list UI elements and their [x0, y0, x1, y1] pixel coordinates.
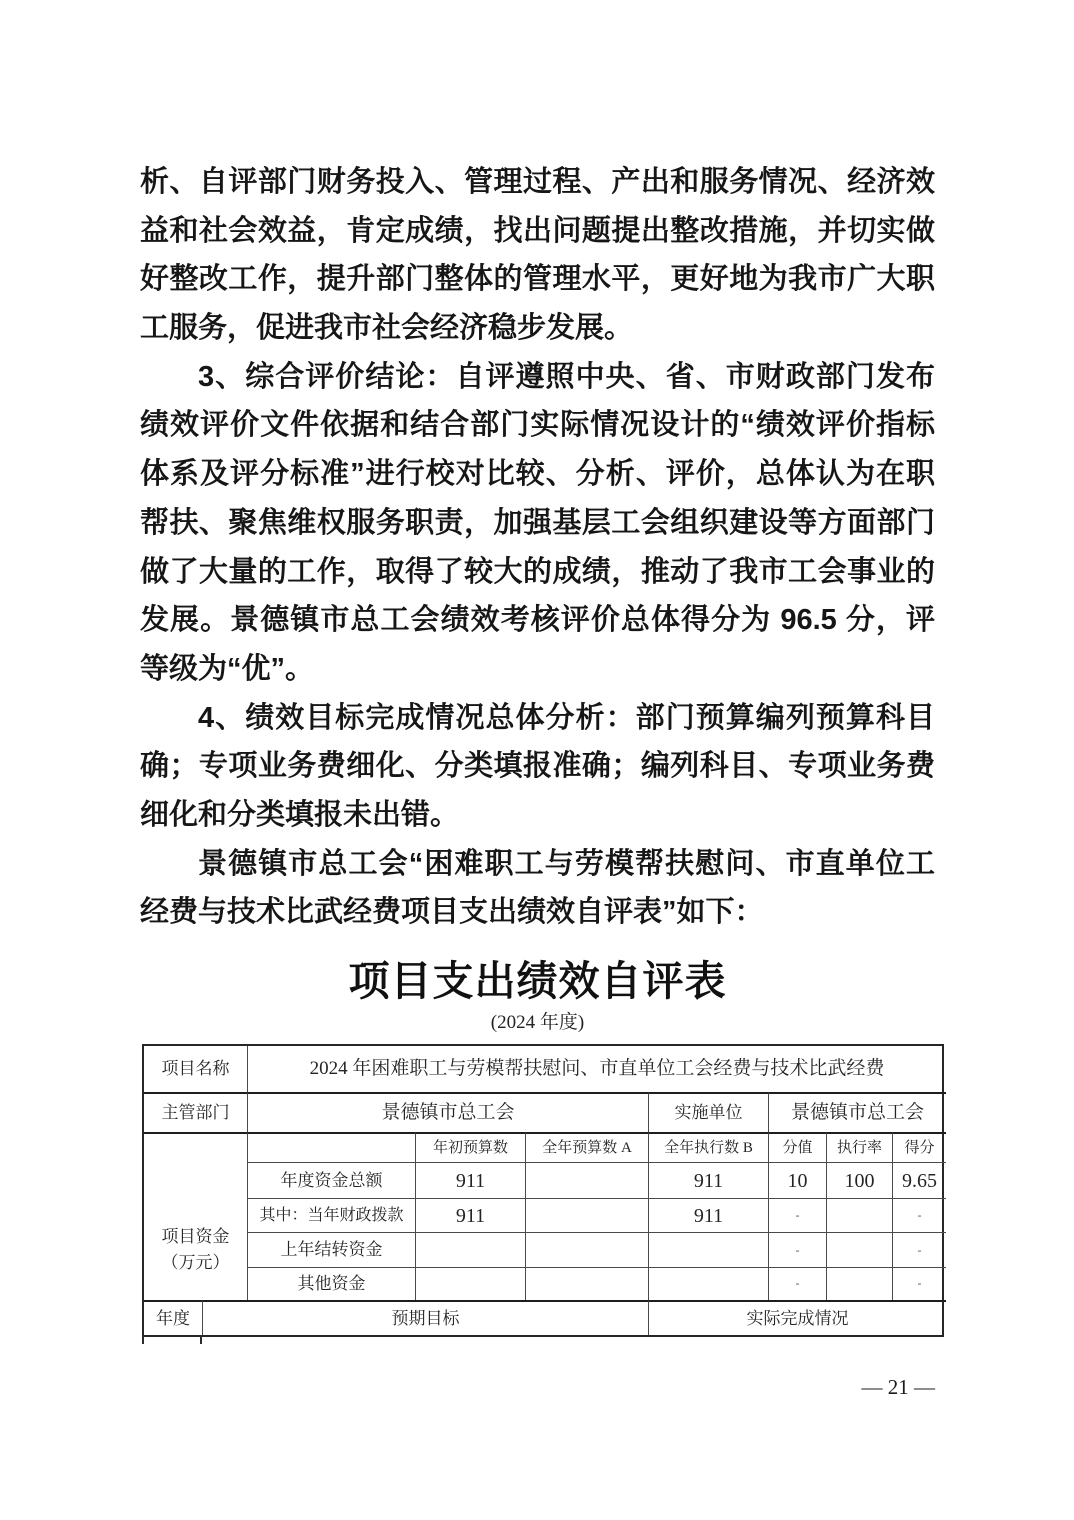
body-line: 发展。景德镇市总工会绩效考核评价总体得分为 96.5 分，评价	[140, 596, 935, 645]
fund-label-line1: 项目资金	[162, 1224, 230, 1250]
fund-cell-dash: -	[892, 1198, 946, 1232]
fund-cell: 911	[415, 1162, 525, 1198]
fund-cell-dash: -	[892, 1267, 946, 1300]
body-line: 等级为“优”。	[140, 645, 935, 694]
actual-completion-label: 实际完成情况	[648, 1300, 946, 1335]
dept-label: 主管部门	[144, 1092, 247, 1132]
header-annual-budget: 年初预算数	[415, 1132, 525, 1162]
body-line: 3、综合评价结论：自评遵照中央、省、市财政部门发布的	[140, 353, 935, 402]
page-number: — 21 —	[862, 1374, 936, 1401]
table-cut-tick	[142, 1335, 144, 1344]
fund-cell	[648, 1267, 768, 1300]
fund-cell: 100	[826, 1162, 892, 1198]
body-line: 帮扶、聚焦维权服务职责，加强基层工会组织建设等方面部门	[140, 499, 935, 548]
project-name-value: 2024 年困难职工与劳模帮扶慰问、市直单位工会经费与技术比武经费	[247, 1046, 946, 1092]
fund-row-label: 年度资金总额	[247, 1162, 415, 1198]
fund-cell	[826, 1198, 892, 1232]
fund-cell	[648, 1232, 768, 1267]
body-line: 绩效评价文件依据和结合部门实际情况设计的“绩效评价指标	[140, 401, 935, 450]
body-line: 好整改工作，提升部门整体的管理水平，更好地为我市广大职	[140, 255, 935, 304]
table-cut-tick	[200, 1335, 202, 1344]
fund-label-line2: （万元）	[162, 1250, 230, 1276]
fund-cell-dash: -	[892, 1232, 946, 1267]
fund-row-label: 其他资金	[247, 1267, 415, 1300]
body-line: 4、绩效目标完成情况总体分析：部门预算编列预算科目准	[140, 694, 935, 743]
body-line: 细化和分类填报未出错。	[140, 791, 935, 840]
header-score: 得分	[892, 1132, 946, 1162]
fund-cell	[525, 1267, 648, 1300]
body-line: 做了大量的工作，取得了较大的成绩，推动了我市工会事业的	[140, 548, 935, 597]
fund-cell-dash: -	[768, 1198, 826, 1232]
header-empty-cell	[247, 1132, 415, 1162]
fund-cell	[826, 1267, 892, 1300]
body-line: 工服务，促进我市社会经济稳步发展。	[140, 304, 935, 353]
fund-cell: 9.65	[892, 1162, 946, 1198]
fund-cell	[415, 1232, 525, 1267]
fund-cell: 911	[415, 1198, 525, 1232]
impl-unit-label: 实施单位	[648, 1092, 768, 1132]
year-label: 年度	[144, 1300, 202, 1335]
body-line: 体系及评分标准”进行校对比较、分析、评价，总体认为在职工	[140, 450, 935, 499]
fund-cell-dash: -	[768, 1232, 826, 1267]
fund-cell: 10	[768, 1162, 826, 1198]
expected-goal-label: 预期目标	[202, 1300, 648, 1335]
fund-cell	[525, 1198, 648, 1232]
project-name-label: 项目名称	[144, 1046, 247, 1092]
fund-row-label: 上年结转资金	[247, 1232, 415, 1267]
fund-label: 项目资金 （万元）	[144, 1132, 247, 1300]
body-line: 经费与技术比武经费项目支出绩效自评表”如下：	[140, 888, 935, 937]
fund-cell	[525, 1232, 648, 1267]
body-text: 析、自评部门财务投入、管理过程、产出和服务情况、经济效 益和社会效益，肯定成绩，…	[140, 158, 935, 937]
document-page: 析、自评部门财务投入、管理过程、产出和服务情况、经济效 益和社会效益，肯定成绩，…	[0, 0, 1074, 1520]
page-content: 析、自评部门财务投入、管理过程、产出和服务情况、经济效 益和社会效益，肯定成绩，…	[140, 158, 935, 1337]
fund-cell	[525, 1162, 648, 1198]
fund-cell	[415, 1267, 525, 1300]
fund-cell: 911	[648, 1198, 768, 1232]
table-subtitle: (2024 年度)	[140, 1011, 935, 1035]
fund-cell-dash: -	[768, 1267, 826, 1300]
header-score-weight: 分值	[768, 1132, 826, 1162]
body-line: 景德镇市总工会“困难职工与劳模帮扶慰问、市直单位工会	[140, 840, 935, 889]
body-line: 确；专项业务费细化、分类填报准确；编列科目、专项业务费	[140, 742, 935, 791]
fund-cell: 911	[648, 1162, 768, 1198]
performance-self-evaluation-table: 项目名称 2024 年困难职工与劳模帮扶慰问、市直单位工会经费与技术比武经费 主…	[142, 1044, 944, 1337]
body-line: 益和社会效益，肯定成绩，找出问题提出整改措施，并切实做	[140, 207, 935, 256]
body-line: 析、自评部门财务投入、管理过程、产出和服务情况、经济效	[140, 158, 935, 207]
fund-row-label: 其中：当年财政拨款	[247, 1198, 415, 1232]
fund-cell	[826, 1232, 892, 1267]
header-exec-rate: 执行率	[826, 1132, 892, 1162]
header-executed: 全年执行数 B	[648, 1132, 768, 1162]
impl-unit-value: 景德镇市总工会	[768, 1092, 946, 1132]
table-title: 项目支出绩效自评表	[140, 955, 935, 1007]
dept-value: 景德镇市总工会	[247, 1092, 648, 1132]
header-full-year-budget: 全年预算数 A	[525, 1132, 648, 1162]
